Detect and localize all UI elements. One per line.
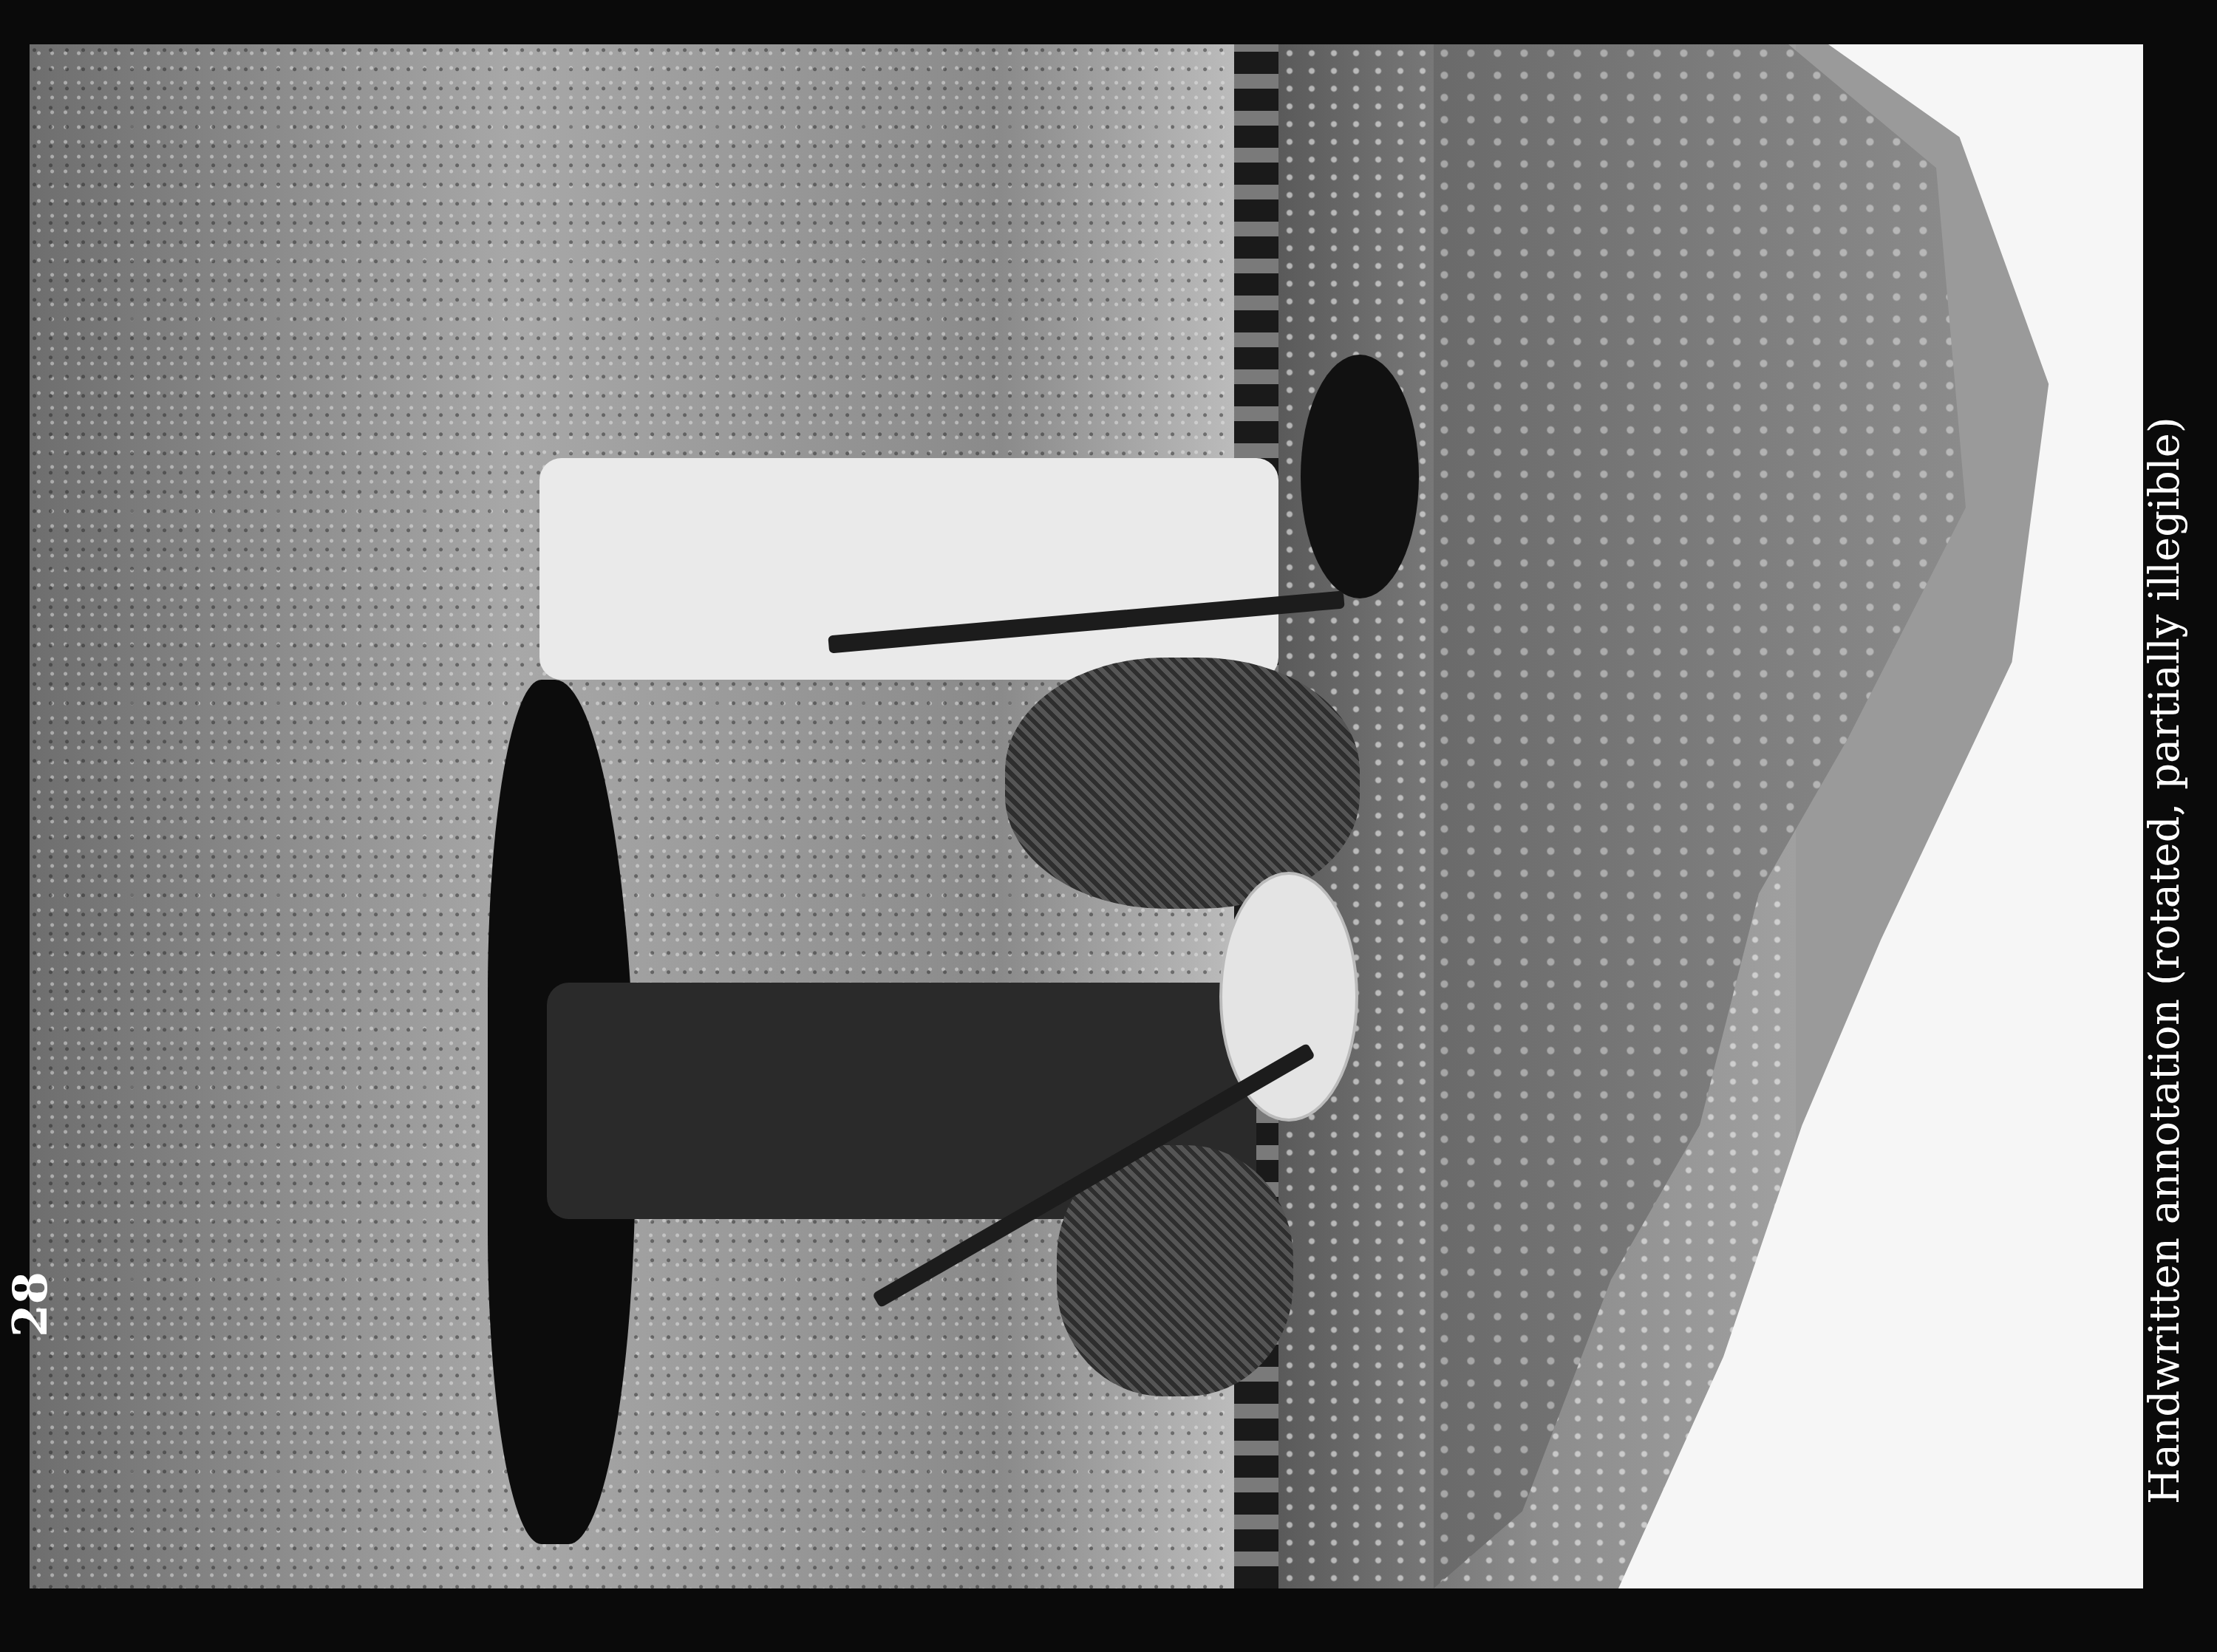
plate-number: 28 — [3, 1219, 40, 1337]
woven-basket — [1005, 658, 1360, 909]
photo-frame: Handwritten annotation (rotated, partial… — [0, 0, 2217, 1652]
photograph — [30, 44, 2143, 1588]
handwritten-caption: Handwritten annotation (rotated, partial… — [2139, 310, 2191, 1611]
black-hat — [1301, 355, 1419, 598]
